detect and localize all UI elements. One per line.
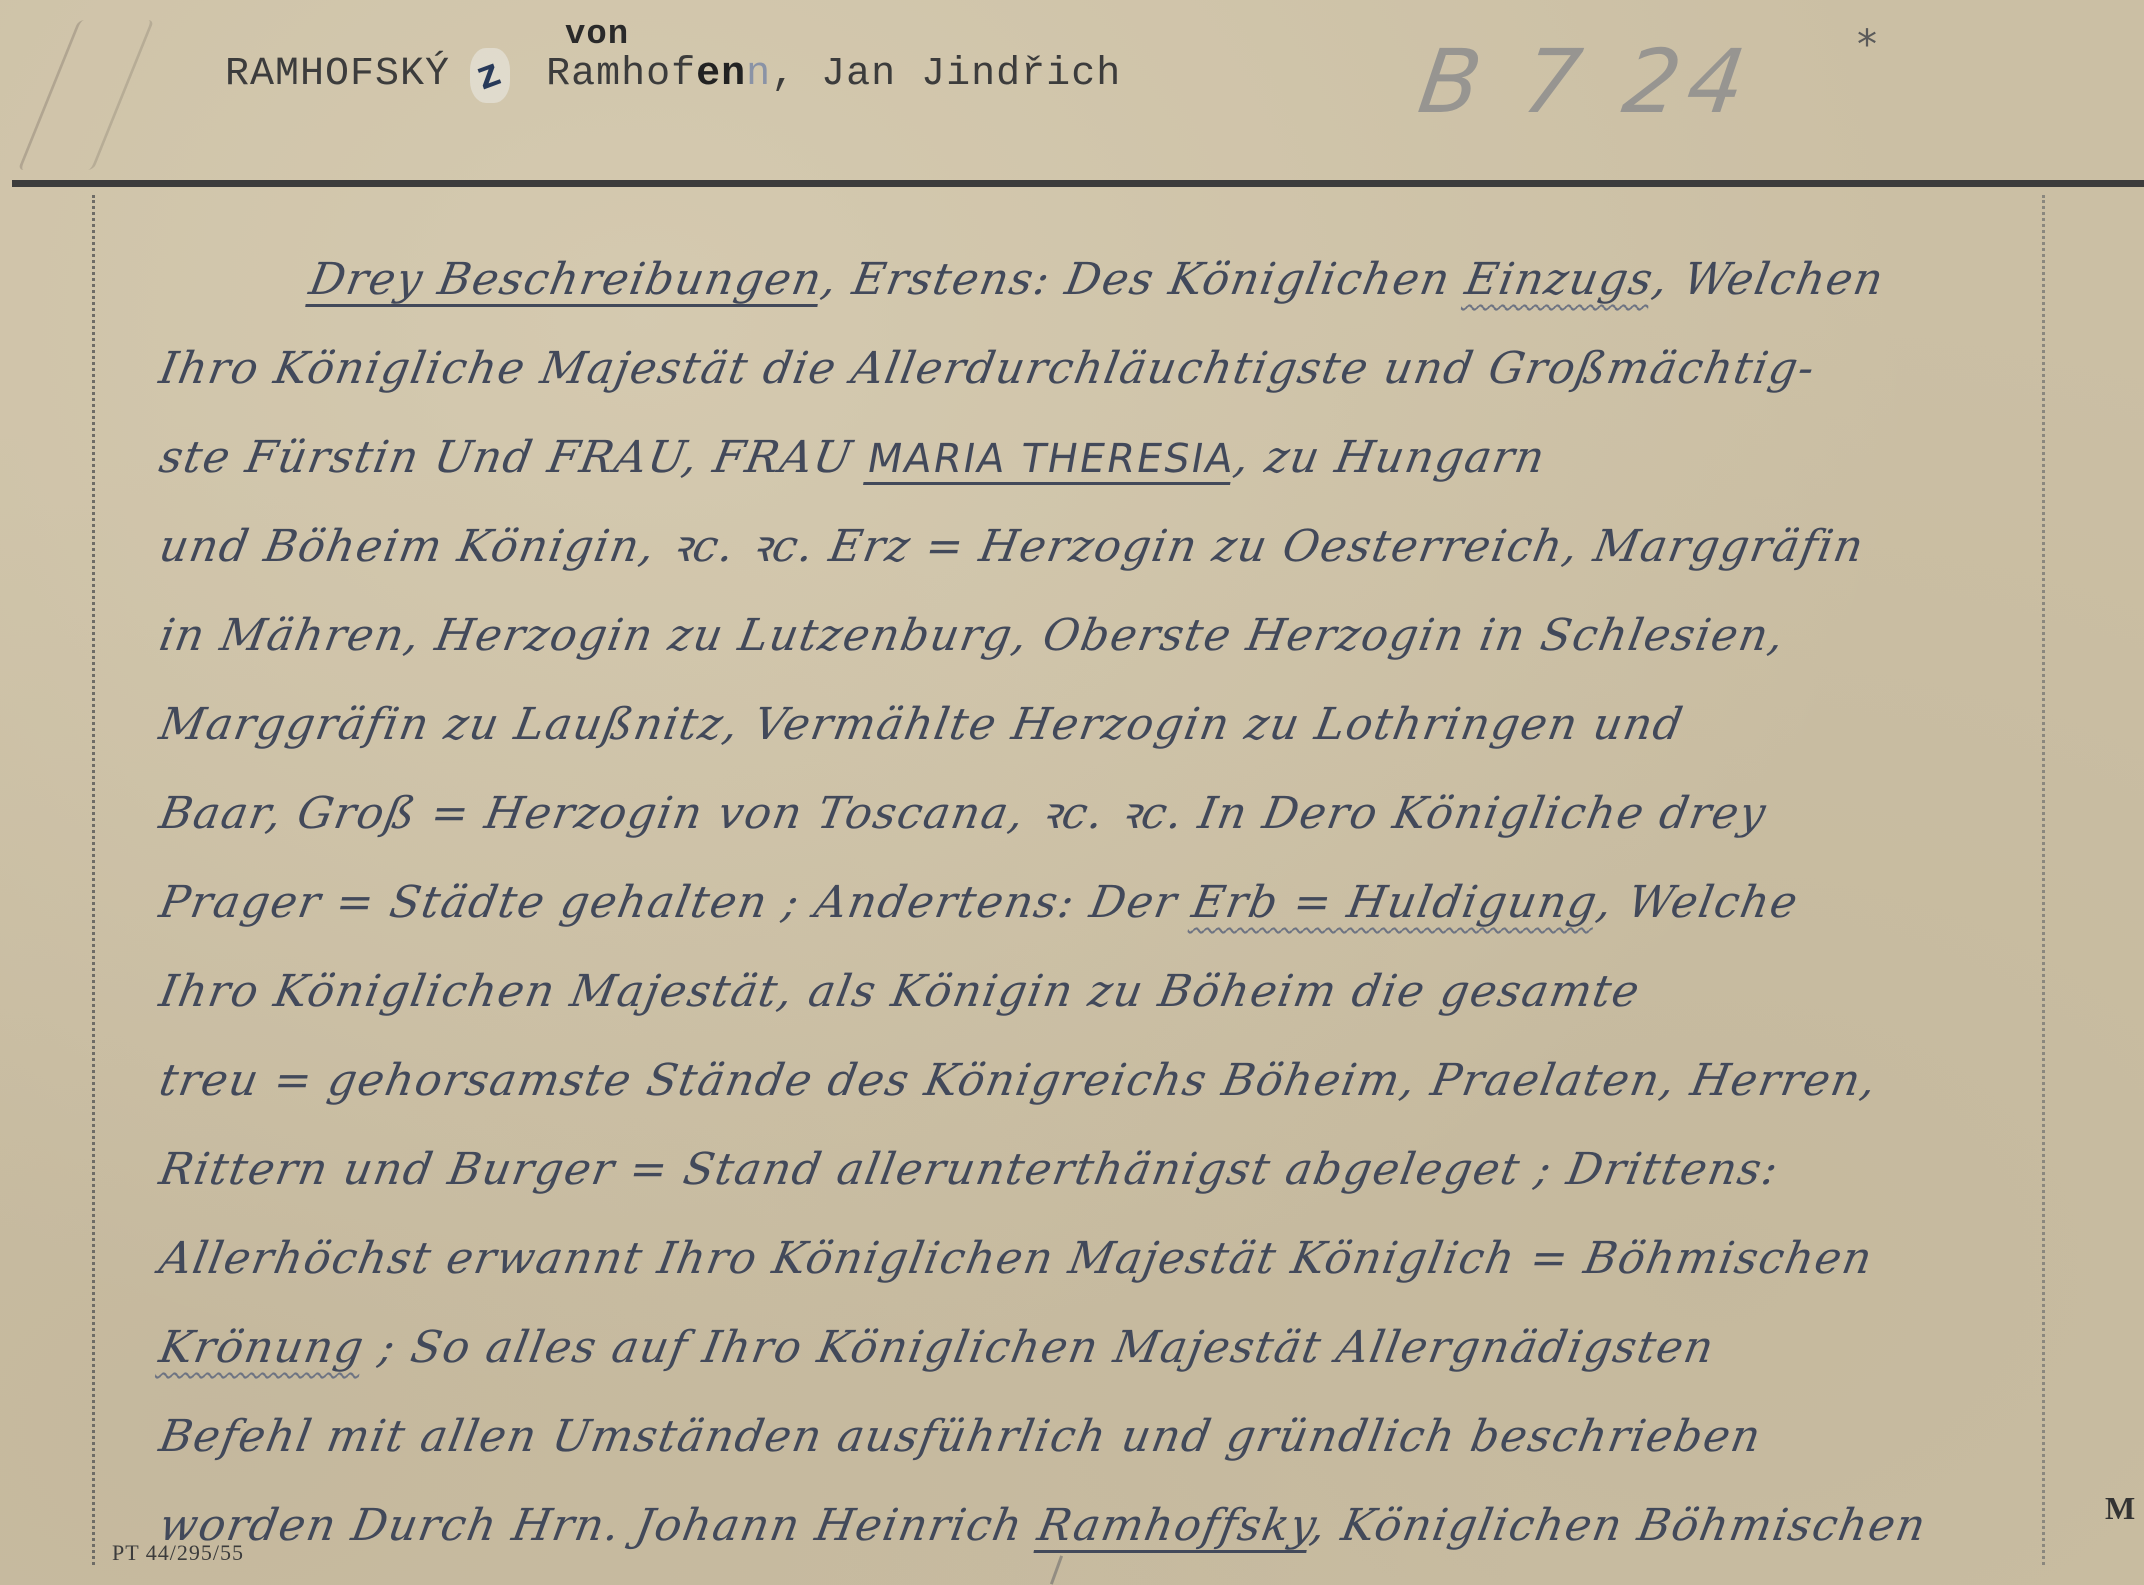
underlined-phrase: Ramhoffsky [1034, 1500, 1316, 1551]
line-text: in Mähren, Herzogin zu Lutzenburg, Obers… [156, 610, 1789, 661]
handwritten-line: Prager = Städte gehalten ; Andertens: De… [152, 858, 2048, 947]
heading-surname: RAMHOFSKÝ [225, 52, 450, 97]
handwritten-line: Drey Beschreibungen, Erstens: Des Königl… [152, 235, 2048, 324]
wavy-underlined-phrase: Erb = Huldigung [1188, 877, 1602, 928]
header-rule [12, 180, 2144, 187]
heading-name-part: Ramhof [546, 52, 696, 97]
asterisk-mark: * [1857, 22, 1877, 68]
line-text: und Böheim Königin, ꝛc. ꝛc. Erz = Herzog… [156, 521, 1869, 572]
line-text: , Erstens: Des Königlichen [818, 254, 1471, 305]
handwritten-line: Ihro Königlichen Majestät, als Königin z… [152, 947, 2048, 1036]
line-text: , Welche [1593, 877, 1803, 928]
handwritten-line: und Böheim Königin, ꝛc. ꝛc. Erz = Herzog… [152, 502, 2048, 591]
left-margin-dotted-line [92, 195, 95, 1565]
handwritten-line: Rittern und Burger = Stand allerunterthä… [152, 1125, 2048, 1214]
handwritten-title-transcription: Drey Beschreibungen, Erstens: Des Königl… [160, 235, 2040, 1570]
line-text: worden Durch Hrn. Johann Heinrich [156, 1500, 1043, 1551]
line-text: , zu Hungarn [1230, 432, 1549, 483]
pencil-shelf-mark: B 7 24 [1413, 30, 1760, 133]
line-text: ; So alles auf Ihro Königlichen Majestät… [360, 1322, 1719, 1373]
handwritten-line: ste Fürstin Und FRAU, FRAU MARIA THERESI… [152, 413, 2048, 502]
pencil-scribble-mark [18, 20, 155, 170]
line-text: Ihro Königlichen Majestät, als Königin z… [156, 966, 1645, 1017]
underlined-phrase: Drey Beschreibungen [306, 254, 827, 305]
line-text: Marggräfin zu Laußnitz, Vermählte Herzog… [156, 699, 1688, 750]
line-text: Befehl mit allen Umständen ausführlich u… [156, 1411, 1766, 1462]
handwritten-line: in Mähren, Herzogin zu Lutzenburg, Obers… [152, 591, 2048, 680]
heading-given-names: , Jan Jindřich [771, 52, 1121, 97]
line-text: ste Fürstin Und FRAU, FRAU [156, 432, 873, 483]
handwritten-line: Befehl mit allen Umständen ausführlich u… [152, 1392, 2048, 1481]
handwritten-line: worden Durch Hrn. Johann Heinrich Ramhof… [152, 1481, 2048, 1570]
card-heading: RAMHOFSKÝ z von Ramhofenn, Jan Jindřich [225, 52, 1121, 97]
heading-name-overtyped: en [696, 52, 746, 97]
handwritten-line: Marggräfin zu Laußnitz, Vermählte Herzog… [152, 680, 2048, 769]
catalog-card: RAMHOFSKÝ z von Ramhofenn, Jan Jindřich … [0, 0, 2144, 1585]
line-text: Ihro Königliche Majestät die Allerdurchl… [156, 343, 1820, 394]
underlined-phrase: MARIA THERESIA [864, 436, 1239, 482]
line-text: , Welchen [1649, 254, 1889, 305]
line-text: Prager = Städte gehalten ; Andertens: De… [156, 877, 1198, 928]
line-text: Baar, Groß = Herzogin von Toscana, ꝛc. ꝛ… [156, 788, 1771, 839]
reference-code: PT 44/295/55 [112, 1540, 244, 1566]
handwritten-line: Allerhöchst erwannt Ihro Königlichen Maj… [152, 1214, 2048, 1303]
line-text: , Königlichen Böhmischen [1307, 1500, 1931, 1551]
corner-letter: M [2105, 1490, 2135, 1527]
struck-out-connector: z [471, 47, 524, 103]
wavy-underlined-phrase: Einzugs [1461, 254, 1657, 305]
handwritten-line: Krönung ; So alles auf Ihro Königlichen … [152, 1303, 2048, 1392]
handwritten-line: Ihro Königliche Majestät die Allerdurchl… [152, 324, 2048, 413]
handwritten-line: Baar, Groß = Herzogin von Toscana, ꝛc. ꝛ… [152, 769, 2048, 858]
line-text: Rittern und Burger = Stand allerunterthä… [156, 1144, 1783, 1195]
line-text: treu = gehorsamste Stände des Königreich… [156, 1055, 1882, 1106]
inserted-correction-von: von [565, 16, 629, 54]
heading-name-faint: n [746, 52, 771, 97]
line-text: Allerhöchst erwannt Ihro Königlichen Maj… [156, 1233, 1878, 1284]
handwritten-line: treu = gehorsamste Stände des Königreich… [152, 1036, 2048, 1125]
wavy-underlined-phrase: Krönung [156, 1322, 369, 1373]
